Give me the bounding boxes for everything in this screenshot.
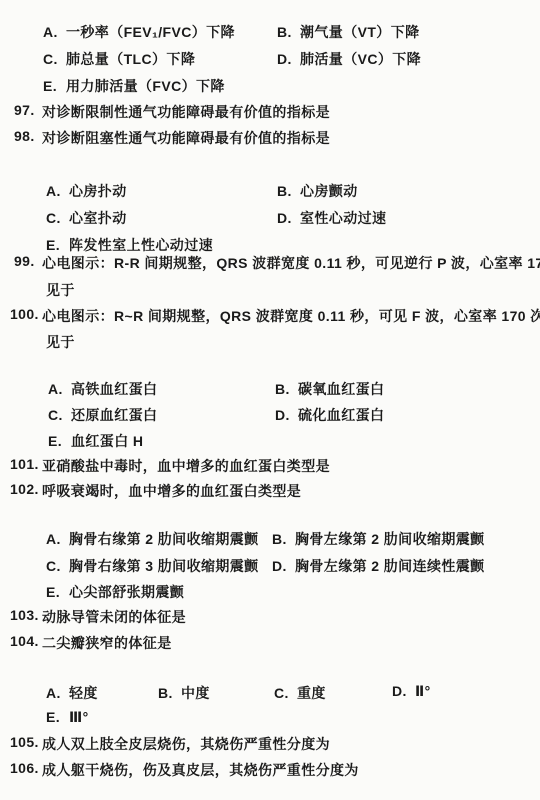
option-label: C.	[43, 51, 66, 67]
question-text: 心电图示：R~R 间期规整，QRS 波群宽度 0.11 秒，可见 F 波，心室率…	[42, 306, 540, 326]
option-label: D.	[272, 558, 295, 574]
option-label: E.	[46, 584, 69, 600]
option-text: 胸骨右缘第 3 肋间收缩期震颤	[69, 558, 259, 574]
option-text: 肺总量（TLC）下降	[66, 51, 195, 67]
question-item: 103. 动脉导管未闭的体征是	[0, 607, 540, 625]
option-text: 重度	[297, 685, 326, 701]
option-text: 室性心动过速	[300, 210, 386, 226]
option-text: 胸骨右缘第 2 肋间收缩期震颤	[69, 531, 259, 547]
option-item: D.室性心动过速	[277, 208, 386, 228]
option-text: 高铁血红蛋白	[71, 381, 157, 397]
question-item: 102. 呼吸衰竭时，血中增多的血红蛋白类型是	[0, 481, 540, 499]
option-text: 用力肺活量（FVC）下降	[66, 78, 225, 94]
option-text: 心室扑动	[69, 210, 127, 226]
question-number: 104.	[10, 633, 39, 649]
question-text-continuation: 见于	[46, 280, 75, 300]
option-item: D.胸骨左缘第 2 肋间连续性震颤	[272, 556, 485, 576]
option-label: B.	[158, 685, 181, 701]
option-item: C.肺总量（TLC）下降	[43, 49, 195, 69]
option-label: A.	[46, 183, 69, 199]
question-number: 106.	[10, 760, 39, 776]
option-item: E.阵发性室上性心动过速	[46, 235, 213, 255]
option-text: 中度	[181, 685, 210, 701]
option-item: E.心尖部舒张期震颤	[46, 582, 184, 602]
question-text: 亚硝酸盐中毒时，血中增多的血红蛋白类型是	[42, 456, 330, 476]
question-text: 对诊断限制性通气功能障碍最有价值的指标是	[42, 102, 330, 122]
option-label: A.	[48, 381, 71, 397]
question-text: 呼吸衰竭时，血中增多的血红蛋白类型是	[42, 481, 301, 501]
question-item: 101. 亚硝酸盐中毒时，血中增多的血红蛋白类型是	[0, 456, 540, 474]
question-text: 成人躯干烧伤，伤及真皮层，其烧伤严重性分度为	[42, 760, 359, 780]
question-item: 106. 成人躯干烧伤，伤及真皮层，其烧伤严重性分度为	[0, 760, 540, 778]
option-label: C.	[274, 685, 297, 701]
option-label: A.	[46, 531, 69, 547]
question-item: 100. 心电图示：R~R 间期规整，QRS 波群宽度 0.11 秒，可见 F …	[0, 306, 540, 324]
option-item: D.肺活量（VC）下降	[277, 49, 421, 69]
option-label: E.	[48, 433, 71, 449]
option-text: 阵发性室上性心动过速	[69, 237, 213, 253]
option-label: A.	[46, 685, 69, 701]
option-item: A.一秒率（FEV₁/FVC）下降	[43, 22, 235, 42]
option-item: B.潮气量（VT）下降	[277, 22, 420, 42]
option-text: 胸骨左缘第 2 肋间收缩期震颤	[295, 531, 485, 547]
option-item: E.Ⅲ°	[46, 709, 89, 726]
option-item: A.高铁血红蛋白	[48, 379, 157, 399]
option-label: B.	[272, 531, 295, 547]
question-number: 105.	[10, 734, 39, 750]
question-item: 98. 对诊断阻塞性通气功能障碍最有价值的指标是	[0, 128, 540, 146]
option-label: B.	[277, 24, 300, 40]
option-text: 一秒率（FEV₁/FVC）下降	[66, 24, 235, 40]
option-label: B.	[277, 183, 300, 199]
question-item: 105. 成人双上肢全皮层烧伤，其烧伤严重性分度为	[0, 734, 540, 752]
exam-page: A.一秒率（FEV₁/FVC）下降 B.潮气量（VT）下降 C.肺总量（TLC）…	[0, 0, 540, 800]
option-item: C.心室扑动	[46, 208, 127, 228]
option-item: E.血红蛋白 H	[48, 431, 143, 451]
option-label: C.	[48, 407, 71, 423]
option-label: E.	[43, 78, 66, 94]
option-text: Ⅱ°	[415, 683, 431, 699]
question-text: 成人双上肢全皮层烧伤，其烧伤严重性分度为	[42, 734, 330, 754]
option-text: 心尖部舒张期震颤	[69, 584, 184, 600]
option-item: B.胸骨左缘第 2 肋间收缩期震颤	[272, 529, 485, 549]
option-text: 胸骨左缘第 2 肋间连续性震颤	[295, 558, 485, 574]
option-item: A.胸骨右缘第 2 肋间收缩期震颤	[46, 529, 259, 549]
question-text-continuation: 见于	[46, 332, 75, 352]
option-item: A.轻度	[46, 683, 98, 703]
question-number: 97.	[14, 102, 35, 118]
question-text: 二尖瓣狭窄的体征是	[42, 633, 172, 653]
option-item: C.胸骨右缘第 3 肋间收缩期震颤	[46, 556, 259, 576]
option-label: A.	[43, 24, 66, 40]
question-item: 104. 二尖瓣狭窄的体征是	[0, 633, 540, 651]
option-text: 心房颤动	[300, 183, 358, 199]
option-label: E.	[46, 709, 69, 725]
option-text: 心房扑动	[69, 183, 127, 199]
option-label: D.	[392, 683, 415, 699]
question-number: 98.	[14, 128, 35, 144]
option-item: A.心房扑动	[46, 181, 127, 201]
option-label: D.	[275, 407, 298, 423]
option-item: D.硫化血红蛋白	[275, 405, 384, 425]
question-text: 心电图示：R-R 间期规整，QRS 波群宽度 0.11 秒，可见逆行 P 波，心…	[42, 253, 540, 273]
option-text: 硫化血红蛋白	[298, 407, 384, 423]
option-item: D.Ⅱ°	[392, 683, 431, 700]
option-label: E.	[46, 237, 69, 253]
question-number: 102.	[10, 481, 39, 497]
question-number: 101.	[10, 456, 39, 472]
option-text: Ⅲ°	[69, 709, 89, 725]
question-number: 100.	[10, 306, 39, 322]
question-number: 99.	[14, 253, 35, 269]
option-label: D.	[277, 51, 300, 67]
question-item: 97. 对诊断限制性通气功能障碍最有价值的指标是	[0, 102, 540, 120]
question-item: 99. 心电图示：R-R 间期规整，QRS 波群宽度 0.11 秒，可见逆行 P…	[0, 253, 540, 271]
option-label: B.	[275, 381, 298, 397]
option-item: C.还原血红蛋白	[48, 405, 157, 425]
option-item: B.中度	[158, 683, 210, 703]
question-number: 103.	[10, 607, 39, 623]
option-text: 血红蛋白 H	[71, 433, 143, 449]
option-label: C.	[46, 558, 69, 574]
question-text: 动脉导管未闭的体征是	[42, 607, 186, 627]
option-text: 潮气量（VT）下降	[300, 24, 420, 40]
option-text: 肺活量（VC）下降	[300, 51, 421, 67]
question-text: 对诊断阻塞性通气功能障碍最有价值的指标是	[42, 128, 330, 148]
option-item: B.心房颤动	[277, 181, 358, 201]
option-item: E.用力肺活量（FVC）下降	[43, 76, 225, 96]
option-item: C.重度	[274, 683, 326, 703]
option-text: 还原血红蛋白	[71, 407, 157, 423]
option-label: C.	[46, 210, 69, 226]
option-text: 碳氧血红蛋白	[298, 381, 384, 397]
option-label: D.	[277, 210, 300, 226]
option-item: B.碳氧血红蛋白	[275, 379, 384, 399]
option-text: 轻度	[69, 685, 98, 701]
